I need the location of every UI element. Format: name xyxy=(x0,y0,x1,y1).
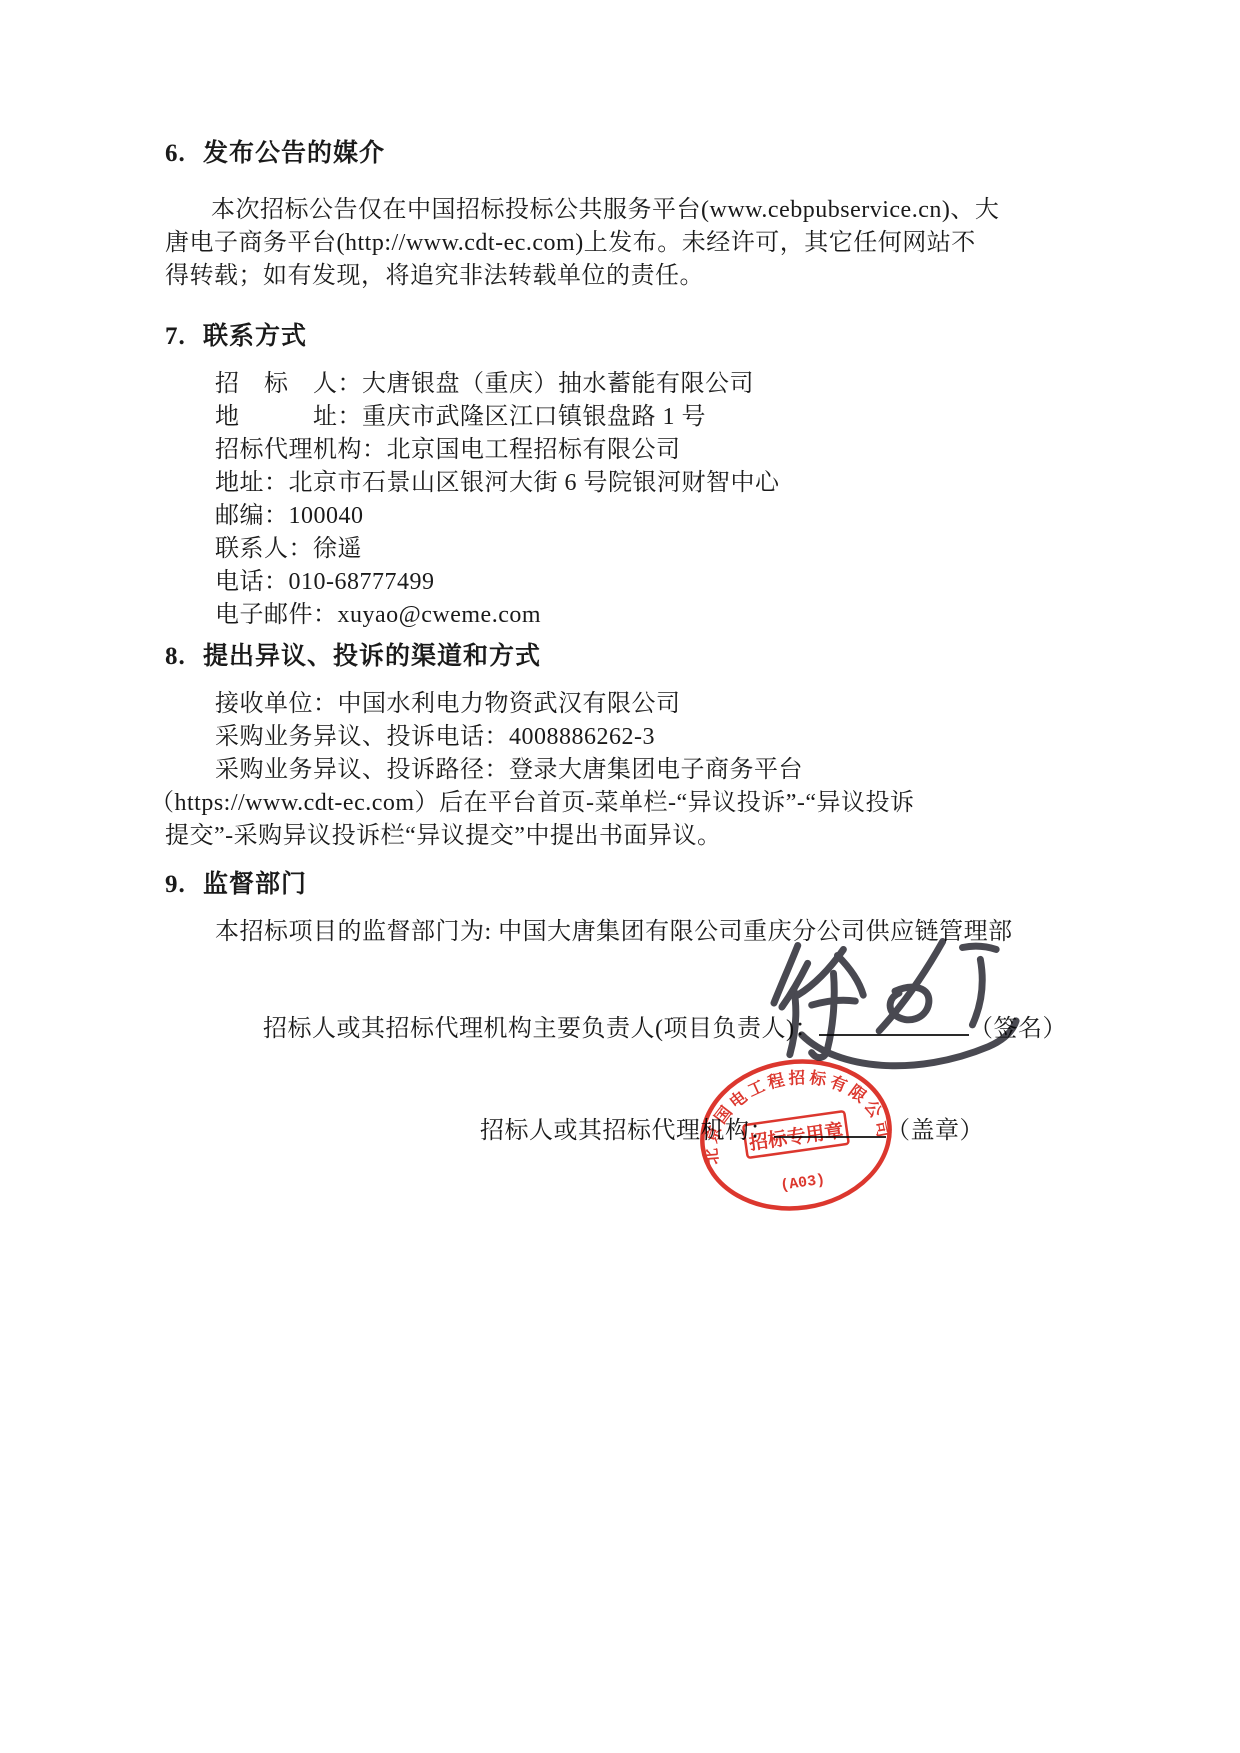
seal-center-text: 招标专用章 xyxy=(748,1118,845,1154)
contact-line-address: 地 址：重庆市武隆区江口镇银盘路 1 号 xyxy=(215,396,706,431)
objection-line-submit: 提交”-采购异议投诉栏“异议提交”中提出书面异议。 xyxy=(165,815,721,850)
objection-line-url: （https://www.cdt-ec.com）后在平台首页-菜单栏-“异议投诉… xyxy=(150,782,915,817)
contact-line-tenderer: 招 标 人：大唐银盘（重庆）抽水蓄能有限公司 xyxy=(215,363,754,398)
section-6-paragraph-line: 本次招标公告仅在中国招标投标公共服务平台(www.cebpubservice.c… xyxy=(211,189,999,224)
section-6-number: 6. xyxy=(165,140,203,168)
section-6-paragraph-line: 唐电子商务平台(http://www.cdt-ec.com)上发布。未经许可，其… xyxy=(165,222,976,257)
section-8-number: 8. xyxy=(165,643,203,671)
objection-line-phone: 采购业务异议、投诉电话：4008886262-3 xyxy=(215,716,655,751)
section-9-number: 9. xyxy=(165,871,203,899)
document-page: 6.发布公告的媒介 本次招标公告仅在中国招标投标公共服务平台(www.cebpu… xyxy=(0,0,1240,1753)
section-8-heading: 8.提出异议、投诉的渠道和方式 xyxy=(165,636,541,672)
section-9-heading: 9.监督部门 xyxy=(165,864,307,900)
contact-line-agency-address: 地址：北京市石景山区银河大街 6 号院银河财智中心 xyxy=(215,462,780,497)
section-6-heading: 6.发布公告的媒介 xyxy=(165,133,385,169)
contact-line-email: 电子邮件：xuyao@cweme.com xyxy=(215,594,541,629)
handwritten-signature xyxy=(768,938,1026,1080)
section-8-title: 提出异议、投诉的渠道和方式 xyxy=(203,643,541,670)
contact-line-phone: 电话：010-68777499 xyxy=(215,561,435,596)
section-6-title: 发布公告的媒介 xyxy=(203,140,385,167)
objection-line-path: 采购业务异议、投诉路径：登录大唐集团电子商务平台 xyxy=(215,749,803,784)
seal-code: (A03) xyxy=(779,1171,826,1194)
objection-line-receiver: 接收单位：中国水利电力物资武汉有限公司 xyxy=(215,683,681,718)
contact-line-person: 联系人：徐遥 xyxy=(215,528,362,563)
principal-signature-label: 招标人或其招标代理机构主要负责人(项目负责人)： xyxy=(263,1016,819,1042)
section-7-title: 联系方式 xyxy=(203,323,307,350)
section-9-title: 监督部门 xyxy=(203,871,307,898)
contact-line-agency: 招标代理机构：北京国电工程招标有限公司 xyxy=(215,429,681,464)
agency-seal-suffix: （盖章） xyxy=(886,1118,984,1144)
section-6-paragraph-line: 得转载；如有发现，将追究非法转载单位的责任。 xyxy=(165,255,704,290)
section-7-number: 7. xyxy=(165,323,203,351)
contact-line-postcode: 邮编：100040 xyxy=(215,495,364,530)
section-7-heading: 7.联系方式 xyxy=(165,316,307,352)
